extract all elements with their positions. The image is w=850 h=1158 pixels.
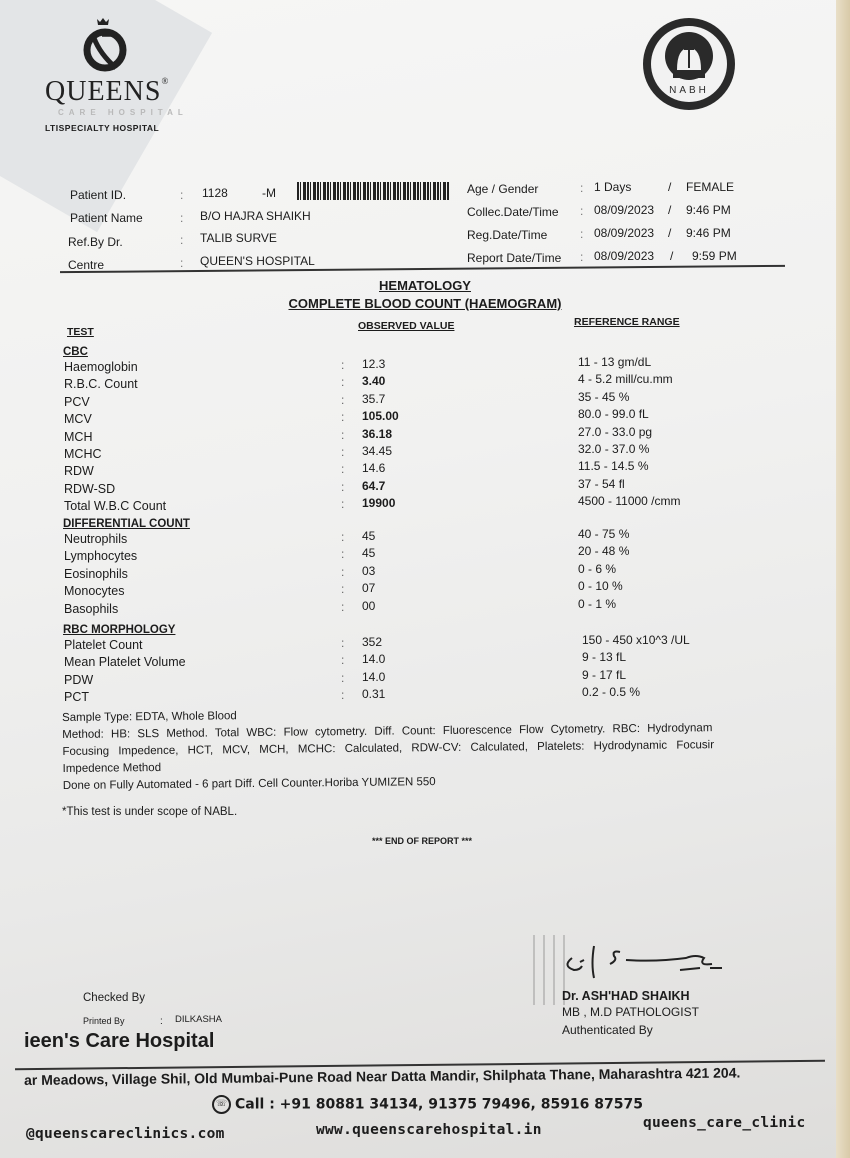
age-value: 1 Days (594, 180, 631, 194)
reference-range: 40 - 75 % (578, 527, 629, 541)
colon: : (341, 497, 344, 511)
slash: / (668, 226, 671, 240)
patient-name-value: B/O HAJRA SHAIKH (200, 209, 311, 223)
observed-value: 12.3 (362, 357, 385, 371)
test-name: RDW-SD (64, 482, 115, 496)
observed-value: 64.7 (362, 479, 385, 493)
colon: : (341, 445, 344, 459)
test-name: MCH (64, 430, 92, 444)
report-date-value: 08/09/2023 (594, 249, 654, 263)
end-of-report: *** END OF REPORT *** (372, 836, 472, 846)
reference-range: 0.2 - 0.5 % (582, 685, 640, 699)
section-heading: CBC (63, 346, 88, 358)
observed-value: 36.18 (362, 427, 392, 441)
colon: : (341, 393, 344, 407)
colon: : (341, 530, 344, 544)
column-header-test: TEST (67, 326, 94, 338)
registration-datetime-label: Reg.Date/Time (467, 228, 547, 242)
observed-value: 00 (362, 599, 375, 613)
colon: : (341, 480, 344, 494)
reference-range: 4500 - 11000 /cmm (578, 494, 681, 508)
collection-date-value: 08/09/2023 (594, 203, 654, 217)
age-gender-label: Age / Gender (467, 182, 538, 196)
reference-range: 9 - 17 fL (582, 668, 626, 682)
colon: : (180, 233, 183, 247)
test-name: PCV (64, 395, 90, 409)
test-name: RDW (64, 464, 94, 478)
observed-value: 352 (362, 635, 382, 649)
observed-value: 0.31 (362, 687, 385, 701)
footer-social-handle[interactable]: queens_care_clinic (643, 1115, 806, 1131)
reference-range: 0 - 10 % (578, 579, 623, 593)
footer-call: ☏Call : +91 80881 34134, 91375 79496, 85… (212, 1095, 643, 1114)
column-header-reference: REFERENCE RANGE (574, 316, 680, 328)
colon: : (580, 250, 583, 264)
footer-hospital-name: ieen's Care Hospital (24, 1030, 214, 1053)
observed-value: 34.45 (362, 444, 392, 458)
observed-value: 45 (362, 529, 375, 543)
colon: : (341, 358, 344, 372)
slash: / (668, 180, 671, 194)
slash: / (670, 249, 673, 263)
colon: : (341, 547, 344, 561)
observed-value: 19900 (362, 496, 395, 510)
test-name: Lymphocytes (64, 549, 137, 563)
patient-id-label: Patient ID. (70, 188, 126, 202)
test-name: Platelet Count (64, 638, 143, 652)
colon: : (341, 582, 344, 596)
column-header-observed: OBSERVED VALUE (358, 320, 454, 332)
report-title: COMPLETE BLOOD COUNT (HAEMOGRAM) (240, 296, 610, 311)
slash: / (668, 203, 671, 217)
department-title: HEMATOLOGY (300, 278, 550, 293)
nabh-accreditation-badge-icon: NABH (633, 16, 745, 112)
footer-email[interactable]: @queenscareclinics.com (26, 1126, 225, 1142)
method-notes: Sample Type: EDTA, Whole Blood Method: H… (62, 702, 798, 795)
nabl-scope-note: *This test is under scope of NABL. (62, 806, 237, 818)
ref-by-label: Ref.By Dr. (68, 235, 123, 249)
reference-range: 11.5 - 14.5 % (578, 459, 649, 473)
reference-range: 37 - 54 fl (578, 477, 625, 491)
reference-range: 4 - 5.2 mill/cu.mm (578, 372, 673, 386)
brand-subtitle: CARE HOSPITAL (58, 108, 188, 117)
printed-by-value: DILKASHA (175, 1014, 222, 1025)
colon: : (160, 1016, 163, 1027)
colon: : (341, 688, 344, 702)
colon: : (341, 636, 344, 650)
brand-name: QUEENS® (45, 76, 169, 108)
ref-by-value: TALIB SURVE (200, 231, 277, 245)
colon: : (341, 462, 344, 476)
colon: : (580, 204, 583, 218)
colon: : (180, 256, 183, 270)
test-name: Mean Platelet Volume (64, 655, 186, 669)
colon: : (341, 428, 344, 442)
queens-crown-logo-icon (80, 18, 130, 76)
patient-barcode (297, 182, 449, 200)
reference-range: 150 - 450 x10^3 /UL (582, 633, 690, 647)
page-edge (836, 0, 850, 1158)
observed-value: 45 (362, 546, 375, 560)
reference-range: 27.0 - 33.0 pg (578, 425, 652, 439)
reference-range: 0 - 6 % (578, 562, 616, 576)
phone-icon: ☏ (212, 1095, 231, 1114)
reference-range: 11 - 13 gm/dL (578, 355, 651, 369)
doctor-qualification: MB , M.D PATHOLOGIST (562, 1005, 699, 1019)
registration-date-value: 08/09/2023 (594, 226, 654, 240)
test-name: PDW (64, 673, 93, 687)
reference-range: 35 - 45 % (578, 390, 629, 404)
centre-value: QUEEN'S HOSPITAL (200, 254, 315, 268)
test-name: PCT (64, 690, 89, 704)
authenticated-by-label: Authenticated By (562, 1023, 653, 1037)
section-heading: RBC MORPHOLOGY (63, 624, 175, 636)
section-heading: DIFFERENTIAL COUNT (63, 518, 190, 530)
call-numbers: Call : +91 80881 34134, 91375 79496, 859… (235, 1097, 643, 1113)
test-name: R.B.C. Count (64, 377, 138, 391)
patient-id-value: 1128 (202, 186, 228, 200)
patient-id-suffix: -M (262, 186, 276, 200)
footer-website[interactable]: www.queenscarehospital.in (316, 1122, 542, 1138)
test-name: MCHC (64, 447, 102, 461)
collection-datetime-label: Collec.Date/Time (467, 205, 559, 219)
reference-range: 32.0 - 37.0 % (578, 442, 649, 456)
colon: : (180, 188, 183, 202)
observed-value: 105.00 (362, 409, 399, 423)
reference-range: 20 - 48 % (578, 544, 629, 558)
test-name: Haemoglobin (64, 360, 138, 374)
colon: : (580, 227, 583, 241)
collection-time-value: 9:46 PM (686, 203, 731, 217)
registration-time-value: 9:46 PM (686, 226, 731, 240)
report-time-value: 9:59 PM (692, 249, 737, 263)
colon: : (180, 211, 183, 225)
colon: : (580, 181, 583, 195)
observed-value: 14.0 (362, 670, 385, 684)
observed-value: 07 (362, 581, 375, 595)
colon: : (341, 410, 344, 424)
colon: : (341, 671, 344, 685)
observed-value: 3.40 (362, 374, 385, 388)
test-name: Neutrophils (64, 532, 127, 546)
test-name: Eosinophils (64, 567, 128, 581)
pathologist-signature-icon (560, 940, 750, 980)
observed-value: 03 (362, 564, 375, 578)
test-name: Total W.B.C Count (64, 499, 166, 513)
observed-value: 14.0 (362, 652, 385, 666)
colon: : (341, 653, 344, 667)
colon: : (341, 600, 344, 614)
patient-name-label: Patient Name (70, 211, 143, 225)
colon: : (341, 375, 344, 389)
gender-value: FEMALE (686, 180, 734, 194)
doctor-name: Dr. ASH'HAD SHAIKH (562, 989, 690, 1003)
colon: : (341, 565, 344, 579)
test-name: MCV (64, 412, 92, 426)
test-name: Monocytes (64, 584, 124, 598)
brand-tagline: LTISPECIALTY HOSPITAL (45, 123, 159, 133)
reference-range: 80.0 - 99.0 fL (578, 407, 649, 421)
printed-by-label: Printed By (83, 1016, 125, 1026)
reference-range: 9 - 13 fL (582, 650, 626, 664)
svg-text:NABH: NABH (669, 85, 709, 96)
report-datetime-label: Report Date/Time (467, 251, 561, 265)
test-name: Basophils (64, 602, 118, 616)
observed-value: 35.7 (362, 392, 385, 406)
observed-value: 14.6 (362, 461, 385, 475)
checked-by-label: Checked By (83, 992, 145, 1004)
reference-range: 0 - 1 % (578, 597, 616, 611)
